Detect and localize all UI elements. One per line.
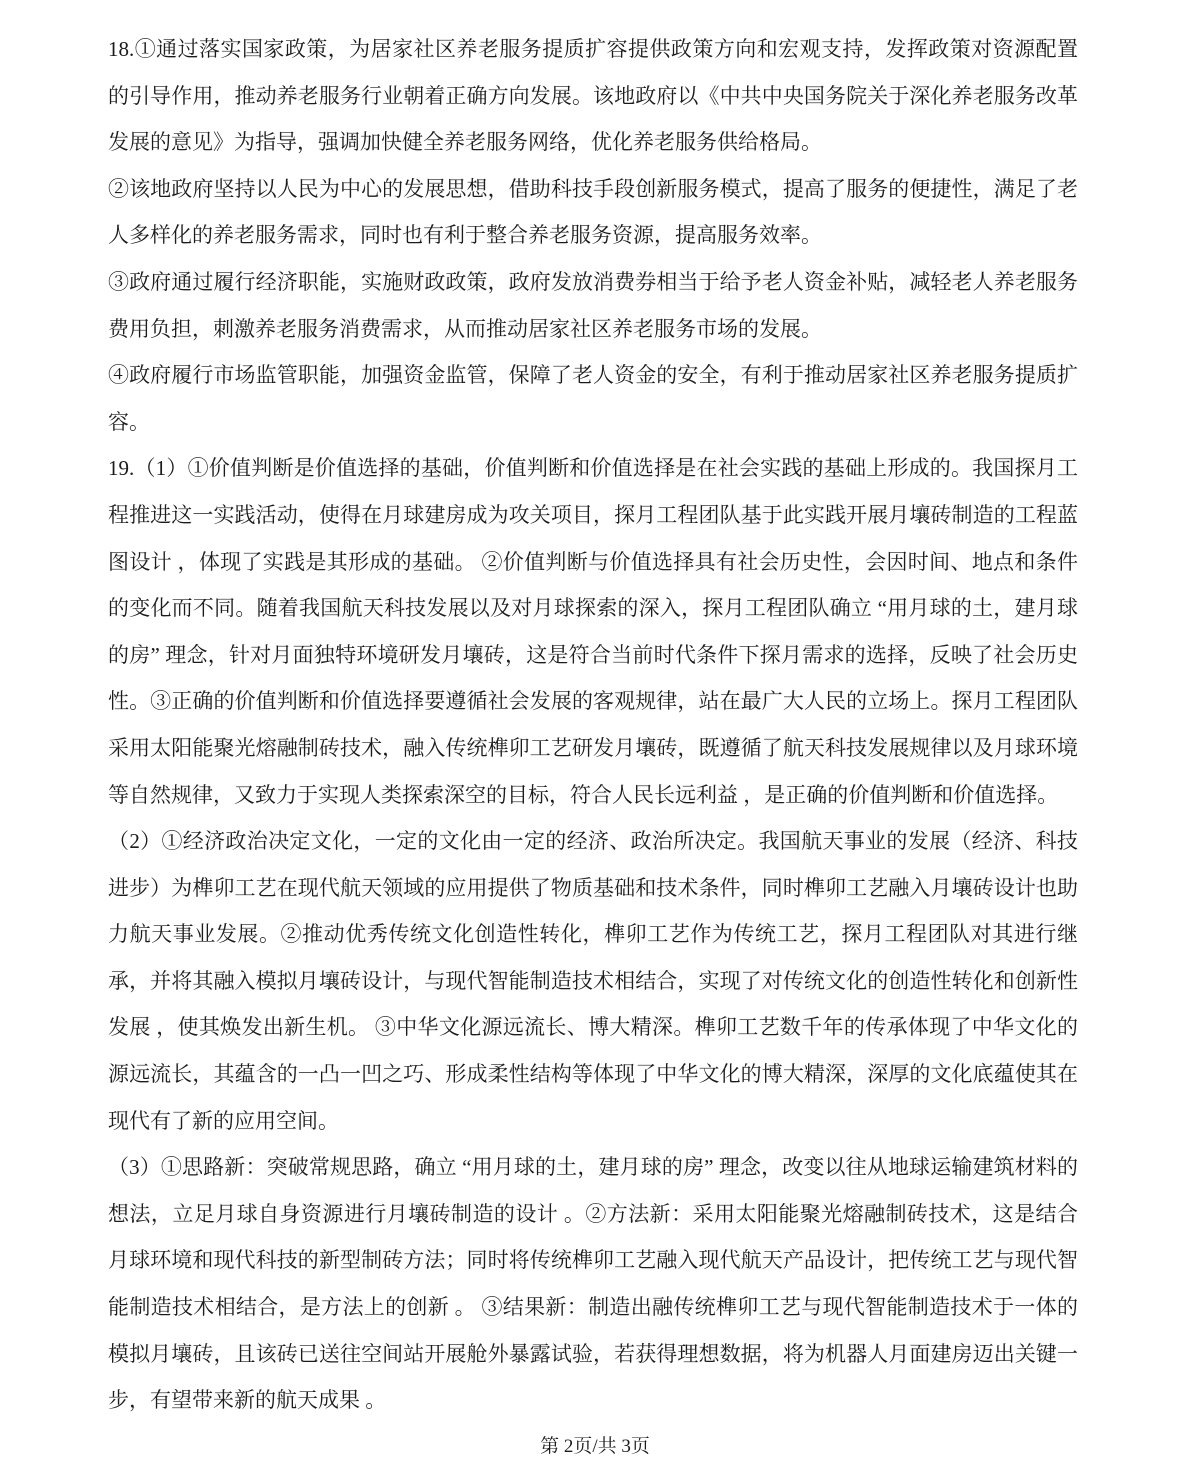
answer-18-point-2: ②该地政府坚持以人民为中心的发展思想，借助科技手段创新服务模式，提高了服务的便捷… — [108, 166, 1078, 259]
answer-19-part-2: （2）①经济政治决定文化，一定的文化由一定的经济、政治所决定。我国航天事业的发展… — [108, 818, 1078, 1144]
page-number-footer: 第 2页/共 3页 — [0, 1432, 1190, 1462]
answer-19-part-3: （3）①思路新：突破常规思路，确立 “用月球的土，建月球的房” 理念，改变以往从… — [108, 1144, 1078, 1424]
answer-19-part-1: 19.（1）①价值判断是价值选择的基础，价值判断和价值选择是在社会实践的基础上形… — [108, 445, 1078, 818]
answer-sheet-page: 18.①通过落实国家政策，为居家社区养老服务提质扩容提供政策方向和宏观支持，发挥… — [0, 0, 1190, 1478]
answer-18-point-4: ④政府履行市场监管职能，加强资金监管，保障了老人资金的安全，有利于推动居家社区养… — [108, 352, 1078, 445]
answer-18-point-1: 18.①通过落实国家政策，为居家社区养老服务提质扩容提供政策方向和宏观支持，发挥… — [108, 26, 1078, 166]
answer-18-point-3: ③政府通过履行经济职能，实施财政政策，政府发放消费券相当于给予老人资金补贴，减轻… — [108, 259, 1078, 352]
